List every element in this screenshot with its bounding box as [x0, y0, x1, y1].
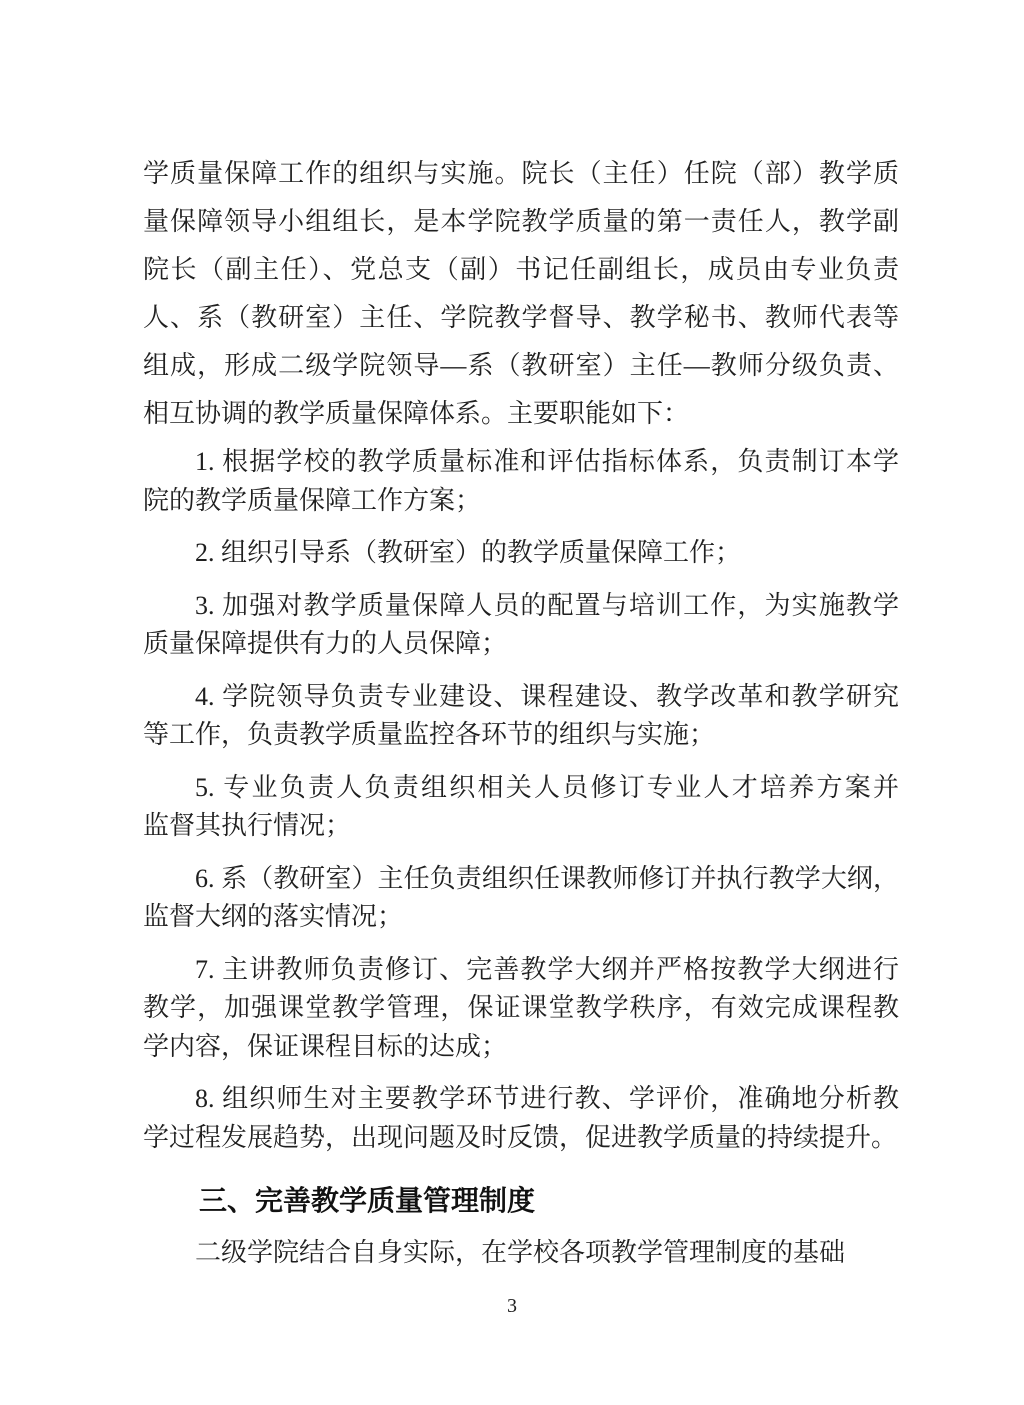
paragraph-line: 监督大纲的落实情况；	[143, 898, 899, 937]
paragraph-line: 监督其执行情况；	[143, 807, 899, 846]
paragraph-line: 7. 主讲教师负责修订、完善教学大纲并严格按教学大纲进行	[143, 951, 899, 990]
paragraph-line: 学内容，保证课程目标的达成；	[143, 1028, 899, 1067]
document-page: 学质量保障工作的组织与实施。院长（主任）任院（部）教学质 量保障领导小组组长，是…	[0, 0, 1024, 1405]
list-item-7: 7. 主讲教师负责修订、完善教学大纲并严格按教学大纲进行 教学，加强课堂教学管理…	[143, 951, 899, 1067]
paragraph-line: 组成，形成二级学院领导—系（教研室）主任—教师分级负责、	[143, 342, 899, 390]
list-item-6: 6. 系（教研室）主任负责组织任课教师修订并执行教学大纲， 监督大纲的落实情况；	[143, 860, 899, 937]
list-item-5: 5. 专业负责人负责组织相关人员修订专业人才培养方案并 监督其执行情况；	[143, 769, 899, 846]
paragraph-line: 相互协调的教学质量保障体系。主要职能如下：	[143, 390, 899, 438]
paragraph-line: 教学，加强课堂教学管理，保证课堂教学秩序，有效完成课程教	[143, 989, 899, 1028]
paragraph-line: 6. 系（教研室）主任负责组织任课教师修订并执行教学大纲，	[143, 860, 899, 899]
page-number: 3	[507, 1295, 517, 1317]
list-item-3: 3. 加强对教学质量保障人员的配置与培训工作，为实施教学 质量保障提供有力的人员…	[143, 587, 899, 664]
paragraph-line: 8. 组织师生对主要教学环节进行教、学评价，准确地分析教	[143, 1080, 899, 1119]
paragraph-line: 3. 加强对教学质量保障人员的配置与培训工作，为实施教学	[143, 587, 899, 626]
paragraph-line: 量保障领导小组组长，是本学院教学质量的第一责任人，教学副	[143, 198, 899, 246]
page-footer: 3	[0, 1295, 1024, 1318]
paragraph-line: 学质量保障工作的组织与实施。院长（主任）任院（部）教学质	[143, 150, 899, 198]
list-item-4: 4. 学院领导负责专业建设、课程建设、教学改革和教学研究 等工作，负责教学质量监…	[143, 678, 899, 755]
paragraph-line: 人、系（教研室）主任、学院教学督导、教学秘书、教师代表等	[143, 294, 899, 342]
closing-paragraph: 二级学院结合自身实际，在学校各项教学管理制度的基础	[143, 1229, 899, 1277]
paragraph-line: 质量保障提供有力的人员保障；	[143, 625, 899, 664]
paragraph-line: 学过程发展趋势，出现问题及时反馈，促进教学质量的持续提升。	[143, 1119, 899, 1158]
paragraph-line: 院长（副主任）、党总支（副）书记任副组长，成员由专业负责	[143, 246, 899, 294]
list-item-1: 1. 根据学校的教学质量标准和评估指标体系，负责制订本学 院的教学质量保障工作方…	[143, 443, 899, 520]
paragraph-line: 4. 学院领导负责专业建设、课程建设、教学改革和教学研究	[143, 678, 899, 717]
paragraph-line: 院的教学质量保障工作方案；	[143, 482, 899, 521]
paragraph-line: 1. 根据学校的教学质量标准和评估指标体系，负责制订本学	[143, 443, 899, 482]
section-heading: 三、完善教学质量管理制度	[143, 1179, 899, 1223]
list-item-2: 2. 组织引导系（教研室）的教学质量保障工作；	[143, 534, 899, 573]
paragraph-line: 等工作，负责教学质量监控各环节的组织与实施；	[143, 716, 899, 755]
list-item-8: 8. 组织师生对主要教学环节进行教、学评价，准确地分析教 学过程发展趋势，出现问…	[143, 1080, 899, 1157]
paragraph-line: 2. 组织引导系（教研室）的教学质量保障工作；	[143, 534, 899, 573]
paragraph-line: 5. 专业负责人负责组织相关人员修订专业人才培养方案并	[143, 769, 899, 808]
opening-paragraph: 学质量保障工作的组织与实施。院长（主任）任院（部）教学质 量保障领导小组组长，是…	[143, 150, 899, 438]
